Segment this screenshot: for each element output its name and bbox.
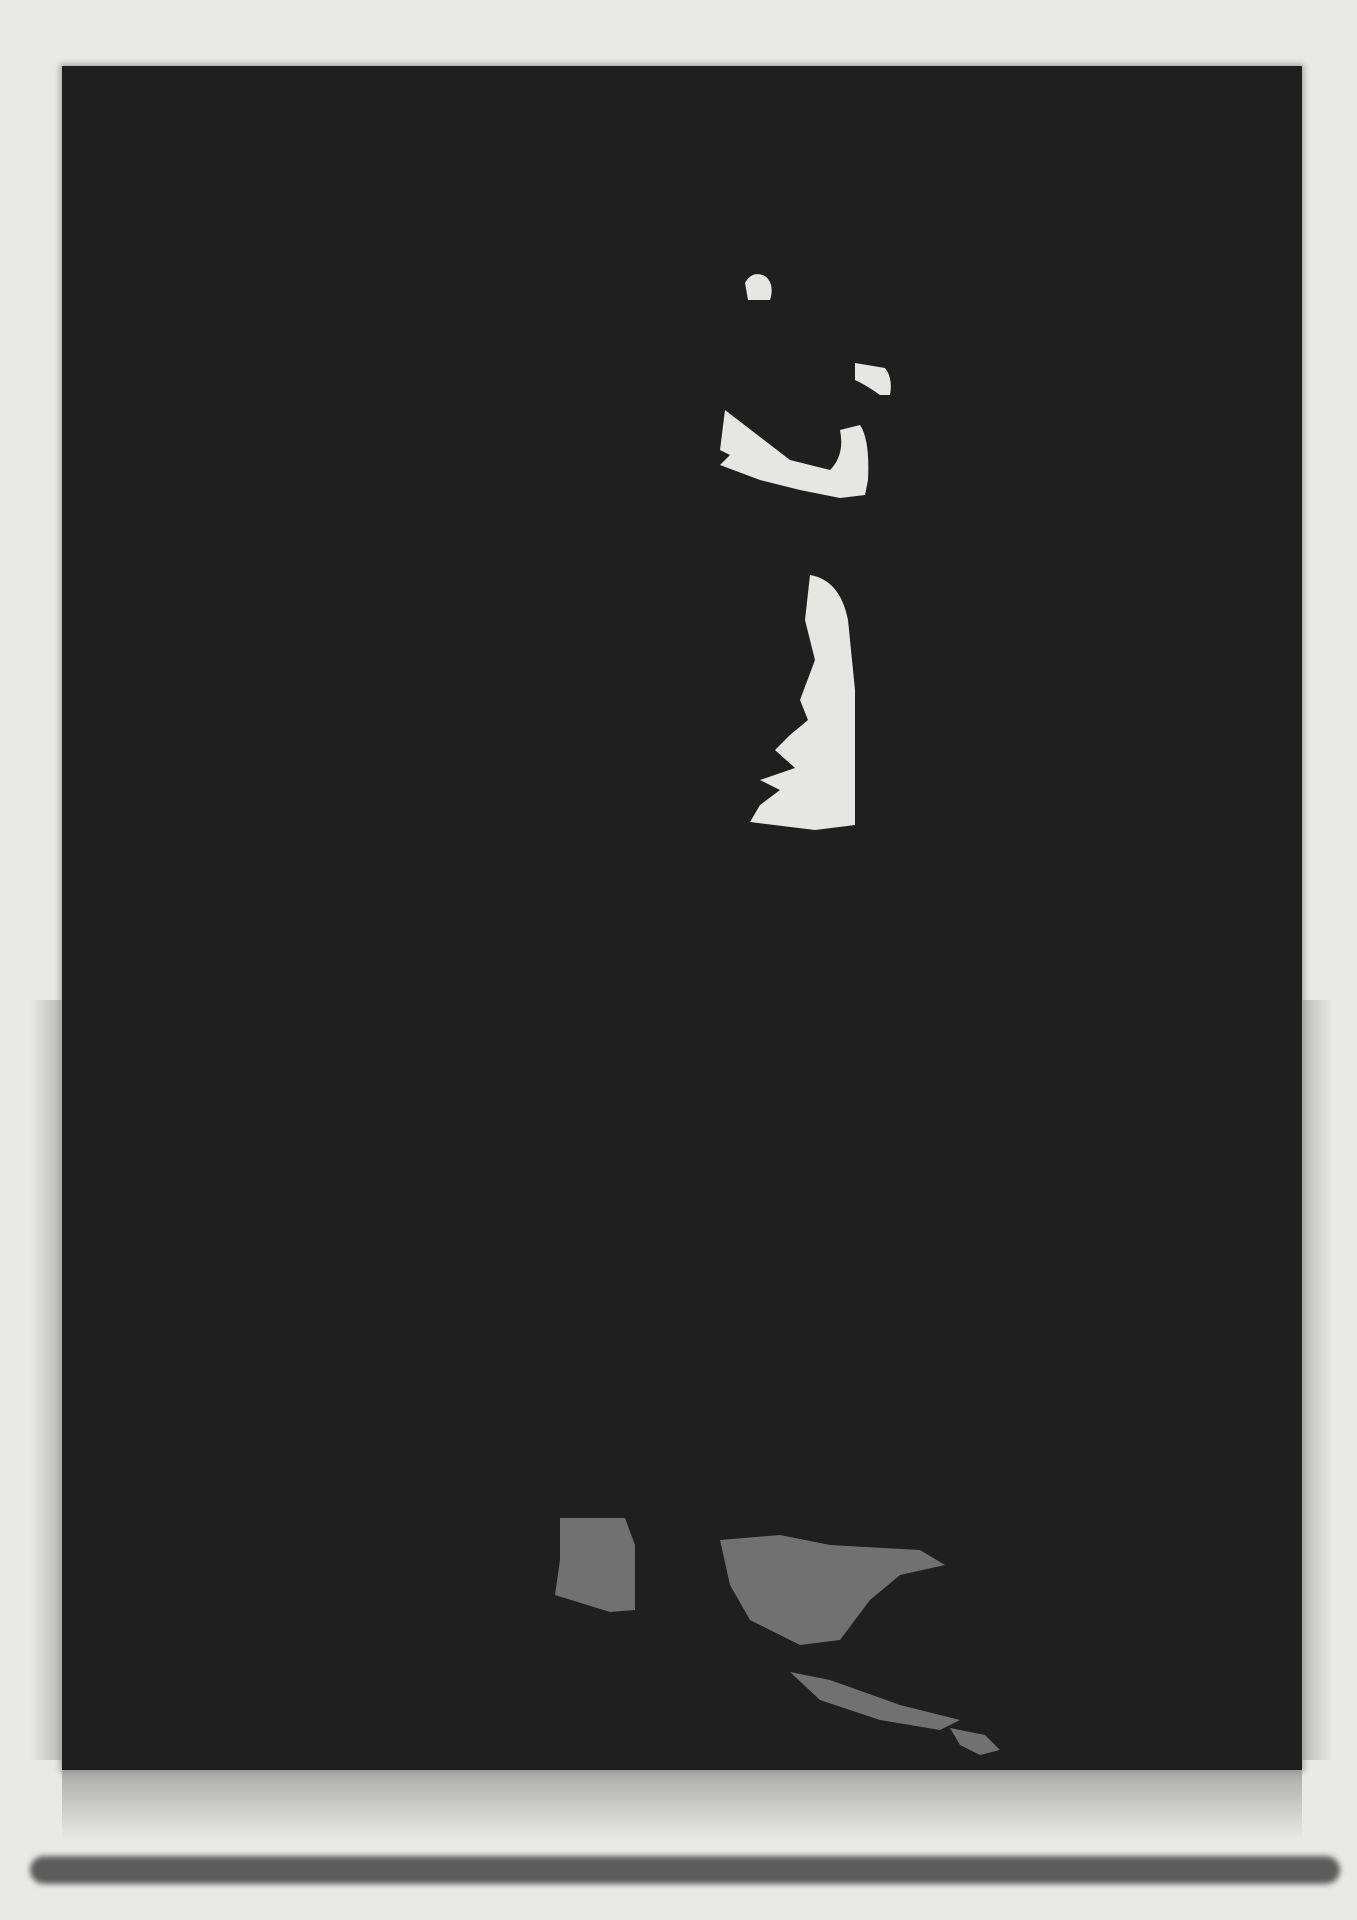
dim-patch-center: [720, 1535, 945, 1645]
highlight-head: [745, 274, 772, 300]
highlight-torso-upper: [720, 410, 868, 498]
dim-patch-end: [950, 1728, 1000, 1755]
dim-patch-tail: [790, 1672, 960, 1730]
dim-patch-left: [555, 1518, 635, 1612]
highlight-shoulder: [855, 363, 891, 395]
bottom-bar: [30, 1856, 1340, 1884]
highlight-torso-lower: [750, 575, 855, 830]
highlight-regions: [0, 0, 1357, 1920]
